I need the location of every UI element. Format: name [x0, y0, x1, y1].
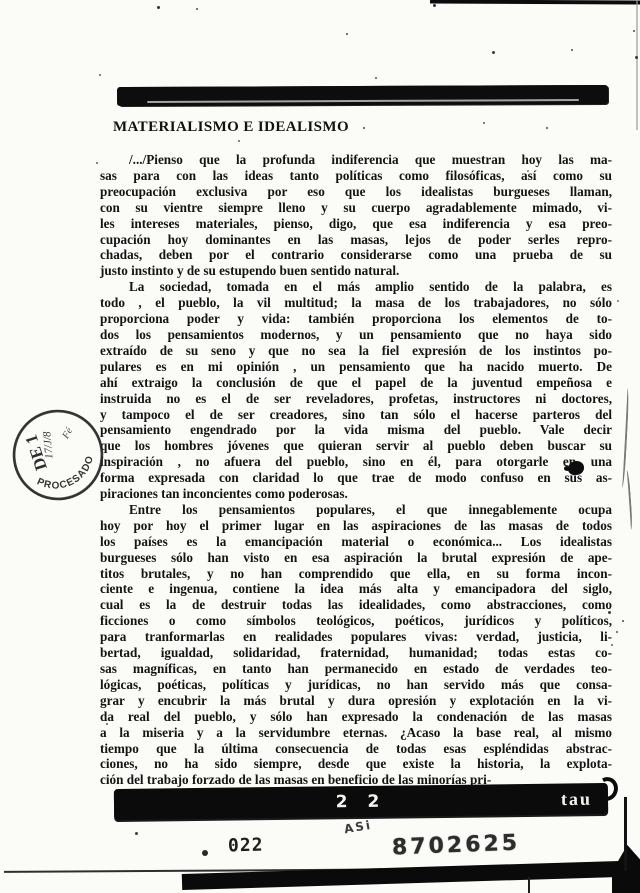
serial-number-stamp: 8702625 [392, 831, 521, 861]
ink-speck [622, 620, 624, 622]
scan-edge-right [636, 0, 638, 130]
text-line: piraciones tan inconcientes como poderos… [100, 486, 612, 502]
ink-speck [483, 122, 485, 124]
text-line: sas para con las ideas tanto políticas c… [100, 168, 612, 184]
ink-speck [375, 77, 377, 79]
ink-speck [492, 51, 495, 54]
page-edge-line [624, 797, 627, 871]
ink-speck [96, 162, 98, 164]
text-line: chadas, deben por el contrario considera… [100, 247, 612, 263]
ink-speck [202, 850, 208, 856]
scan-edge-top [430, 0, 640, 5]
text-line: ficciones o como símbolos teológicos, po… [100, 613, 612, 629]
text-line: sas magníficas, en tanto han permanecido… [100, 661, 612, 677]
page-number: 2 2 [336, 791, 387, 812]
text-line: inspiración , no afuera del pueblo, sino… [100, 454, 612, 470]
stamp-signature: Fé [60, 426, 76, 442]
text-line: extraído de su seno y que no sea la fiel… [100, 343, 612, 359]
page-title: MATERIALISMO E IDEALISMO [113, 119, 349, 136]
text-line: ciones, no ha sido siempre, desde que ex… [100, 756, 612, 772]
ink-speck [571, 49, 573, 51]
ink-speck [135, 832, 138, 835]
text-line: pensamiento engendrado por la vida misma… [100, 422, 612, 438]
body-text: /.../Pienso que la profunda indiferencia… [100, 152, 612, 788]
ink-speck [238, 140, 240, 142]
text-line: cupación hoy dominantes en las masas, le… [100, 232, 612, 248]
ink-speck [616, 631, 618, 633]
text-line: a la miseria y a la servidumbre eternas.… [100, 725, 612, 741]
ink-speck [617, 300, 619, 302]
ink-speck [99, 74, 101, 76]
text-line: los países es la emancipación material o… [100, 534, 612, 550]
text-line: lógicas, poéticas, políticas y jurídicas… [100, 677, 612, 693]
text-line: preocupación exclusiva por eso que los i… [100, 184, 612, 200]
text-line: dos los pensamientos modernos, y un pens… [100, 327, 612, 343]
ink-speck [611, 644, 613, 646]
text-line: tiempo que la última consecuencia de tod… [100, 741, 612, 757]
text-line: les intereses materiales, pienso, digo, … [100, 216, 612, 232]
text-line: con su vientre siempre lleno y su cuerpo… [100, 200, 612, 216]
ink-speck [106, 723, 108, 725]
ink-speck [633, 30, 635, 32]
ink-speck [546, 127, 548, 129]
text-line: instruida no es el de ser reveladores, p… [100, 391, 612, 407]
stamp-script-note: 17/J/8 [41, 430, 55, 459]
publisher-imprint: tau [561, 788, 592, 809]
ink-speck [635, 56, 638, 59]
scan-tick-mark [528, 877, 530, 893]
scan-edge-bottom [182, 860, 640, 890]
text-line: burgueses sólo han visto en esa aspiraci… [100, 550, 612, 566]
text-line: justo instinto y de su estupendo buen se… [100, 263, 612, 279]
ink-speck [196, 8, 198, 10]
text-line: /.../Pienso que la profunda indiferencia… [100, 152, 612, 168]
text-line: grar y encubrir la más brutal y dura opr… [100, 693, 612, 709]
margin-squiggle [624, 470, 633, 530]
text-line: ciente e ingenua, contiene la idea más a… [100, 581, 612, 597]
ink-speck [363, 127, 365, 129]
ink-speck [157, 6, 160, 9]
ink-speck [114, 640, 116, 642]
scanned-book-page: MATERIALISMO E IDEALISMO /.../Pienso que… [0, 0, 640, 893]
text-line: cual es la de destruir todas las idealid… [100, 597, 612, 613]
ink-speck [433, 4, 436, 7]
text-line: y tampoco el de ser creadores, sino tan … [100, 407, 612, 423]
text-line: hoy por hoy el primer lugar en las aspir… [100, 518, 612, 534]
text-line: proporciona poder y vida: también propor… [100, 311, 612, 327]
text-line: titos brutales, y no han comprendido que… [100, 566, 612, 582]
text-line: pulares es en mi opinión , un pensamient… [100, 359, 612, 375]
ink-speck [608, 611, 611, 614]
serial-prefix-stamp: ASi [343, 818, 373, 837]
separator-bar-top [118, 85, 608, 106]
text-line: forma expresada con claridad lo que trae… [100, 470, 612, 486]
round-processing-stamp: PROCESADO DE 1 17/J/8 Fé [1, 396, 115, 515]
text-line: bertad, igualdad, solidaridad, fraternid… [100, 645, 612, 661]
text-line: La sociedad, tomada en el más amplio sen… [100, 279, 612, 295]
text-line: ahí extraigo la conclusión de que el pap… [100, 375, 612, 391]
text-line: para tranformarlas en realidades popular… [100, 629, 612, 645]
text-line: que los hombres jóvenes que quieran serv… [100, 438, 612, 454]
ink-speck [527, 170, 529, 172]
text-line: da real del pueblo, y sólo han expresado… [100, 709, 612, 725]
text-line: todo , el pueblo, la vil multitud; la ma… [100, 295, 612, 311]
text-line: Entre los pensamientos populares, el que… [100, 502, 612, 518]
handwritten-number: 022 [228, 835, 264, 857]
footer-bar: 2 2 tau [114, 783, 608, 820]
ink-blob [568, 461, 584, 475]
ink-speck [346, 33, 348, 35]
